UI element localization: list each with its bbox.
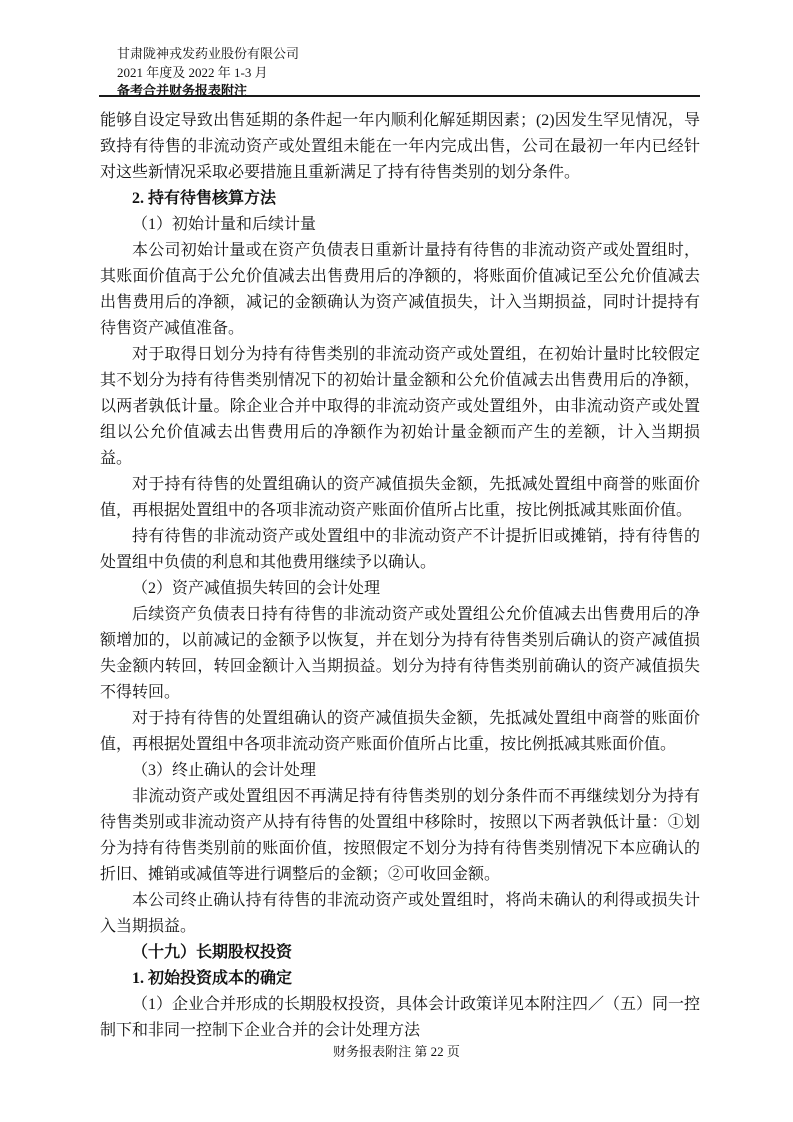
document-page: 甘肃陇神戎发药业股份有限公司 2021 年度及 2022 年 1-3 月 备考合… [0, 0, 793, 1122]
body-paragraph: 对于持有待售的处置组确认的资产减值损失金额，先抵减处置组中商誉的账面价值，再根据… [100, 472, 700, 524]
page-number-label: 财务报表附注 第 22 页 [333, 1044, 460, 1059]
body-paragraph: 持有待售的非流动资产或处置组中的非流动资产不计提折旧或摊销，持有待售的处置组中负… [100, 524, 700, 576]
body-paragraph: 非流动资产或处置组因不再满足持有待售类别的划分条件而不再继续划分为持有待售类别或… [100, 784, 700, 888]
document-body: 能够自设定导致出售延期的条件起一年内顺利化解延期因素；(2)因发生罕见情况，导致… [100, 108, 700, 1044]
body-paragraph: 本公司初始计量或在资产负债表日重新计量持有待售的非流动资产或处置组时，其账面价值… [100, 238, 700, 342]
body-paragraph: 能够自设定导致出售延期的条件起一年内顺利化解延期因素；(2)因发生罕见情况，导致… [100, 108, 700, 186]
body-paragraph: 本公司终止确认持有待售的非流动资产或处置组时，将尚未确认的利得或损失计入当期损益… [100, 888, 700, 940]
report-period: 2021 年度及 2022 年 1-3 月 [117, 64, 700, 83]
page-header: 甘肃陇神戎发药业股份有限公司 2021 年度及 2022 年 1-3 月 备考合… [117, 45, 700, 101]
section-heading: （十九）长期股权投资 [100, 940, 700, 966]
page-footer: 财务报表附注 第 22 页 [0, 1041, 793, 1060]
document-title: 备考合并财务报表附注 [117, 82, 700, 101]
company-name: 甘肃陇神戎发药业股份有限公司 [117, 45, 700, 64]
sub-item-heading: （1）初始计量和后续计量 [100, 212, 700, 238]
sub-item-heading: （3）终止确认的会计处理 [100, 758, 700, 784]
body-paragraph: 对于取得日划分为持有待售类别的非流动资产或处置组，在初始计量时比较假定其不划分为… [100, 342, 700, 472]
body-paragraph: 后续资产负债表日持有待售的非流动资产或处置组公允价值减去出售费用后的净额增加的，… [100, 602, 700, 706]
header-divider [99, 95, 700, 97]
section-heading: 2. 持有待售核算方法 [100, 186, 700, 212]
sub-item-heading: （2）资产减值损失转回的会计处理 [100, 576, 700, 602]
body-paragraph: （1）企业合并形成的长期股权投资，具体会计政策详见本附注四／（五）同一控制下和非… [100, 992, 700, 1044]
body-paragraph: 对于持有待售的处置组确认的资产减值损失金额，先抵减处置组中商誉的账面价值，再根据… [100, 706, 700, 758]
section-heading: 1. 初始投资成本的确定 [100, 966, 700, 992]
